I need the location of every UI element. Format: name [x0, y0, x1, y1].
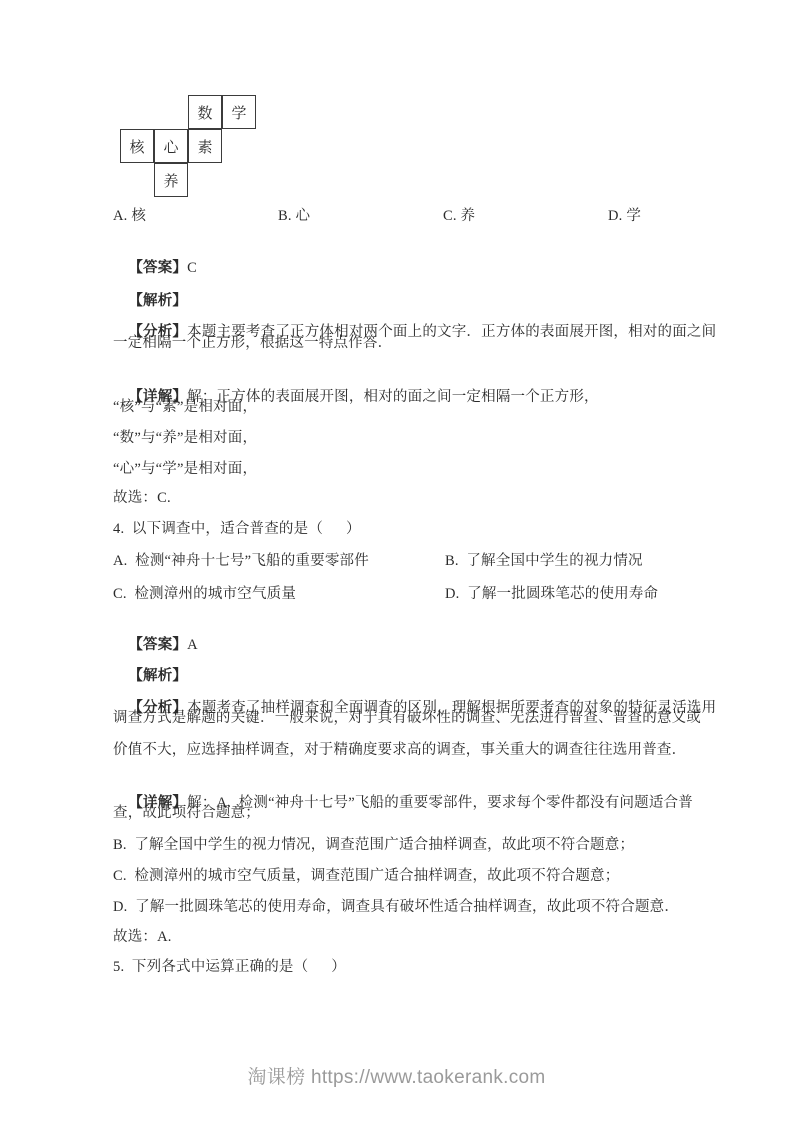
q4-option-b: B. 了解全国中学生的视力情况	[445, 551, 643, 572]
q4-option-d: D. 了解一批圆珠笔芯的使用寿命	[445, 584, 658, 605]
net-cell-su: 素	[188, 129, 222, 163]
q4-detail-item-b: B. 了解全国中学生的视力情况，调查范围广适合抽样调查，故此项不符合题意；	[113, 835, 698, 856]
q3-option-d: D. 学	[608, 206, 641, 227]
q4-analysis-line-3: 价值不大，应选择抽样调查，对于精确度要求高的调查，事关重大的调查往往选用普查．	[113, 740, 698, 761]
q3-detail-pair-3: “心”与“学”是相对面，	[113, 459, 698, 480]
q3-option-c: C. 养	[443, 206, 475, 227]
q4-detail-item-d: D. 了解一批圆珠笔芯的使用寿命，调查具有破坏性适合抽样调查，故此项不符合题意．	[113, 897, 698, 918]
exam-document-page: 数 学 核 心 素 养 A. 核 B. 心 C. 养 D. 学 【答案】C 【解…	[0, 0, 793, 1122]
q3-analysis-line-2: 一定相隔一个正方形，根据这一特点作答．	[113, 333, 698, 354]
net-cell-yang: 养	[154, 163, 188, 197]
q3-options-row: A. 核 B. 心 C. 养 D. 学	[0, 206, 793, 228]
q4-options-row-1: A. 检测“神舟十七号”飞船的重要零部件 B. 了解全国中学生的视力情况	[0, 551, 793, 573]
net-cell-shu: 数	[188, 95, 222, 129]
q4-stem: 4. 以下调查中，适合普查的是（ ）	[113, 519, 698, 540]
q4-detail-item-c: C. 检测漳州的城市空气质量，调查范围广适合抽样调查，故此项不符合题意；	[113, 866, 698, 887]
q4-analysis-line-2: 调查方式是解题的关键．一般来说，对于具有破坏性的调查、无法进行普查、普查的意义或	[113, 708, 698, 729]
q5-stem: 5. 下列各式中运算正确的是（ ）	[113, 957, 698, 978]
q4-conclusion: 故选：A.	[113, 927, 698, 948]
net-cell-he: 核	[120, 129, 154, 163]
q4-options-row-2: C. 检测漳州的城市空气质量 D. 了解一批圆珠笔芯的使用寿命	[0, 584, 793, 606]
q3-detail-pair-1: “核”与“素”是相对面，	[113, 397, 698, 418]
site-footer-watermark: 淘课榜 https://www.taokerank.com	[0, 1062, 793, 1089]
net-cell-xin: 心	[154, 129, 188, 163]
q3-detail-pair-2: “数”与“养”是相对面，	[113, 428, 698, 449]
q3-option-a: A. 核	[113, 206, 146, 227]
q3-conclusion: 故选：C.	[113, 488, 698, 509]
q4-option-c: C. 检测漳州的城市空气质量	[113, 584, 296, 605]
q3-option-b: B. 心	[278, 206, 310, 227]
q4-detail-line-2: 查，故此项符合题意；	[113, 803, 698, 824]
q4-option-a: A. 检测“神舟十七号”飞船的重要零部件	[113, 551, 369, 572]
net-cell-xue: 学	[222, 95, 256, 129]
cube-net-figure: 数 学 核 心 素 养	[120, 95, 256, 197]
